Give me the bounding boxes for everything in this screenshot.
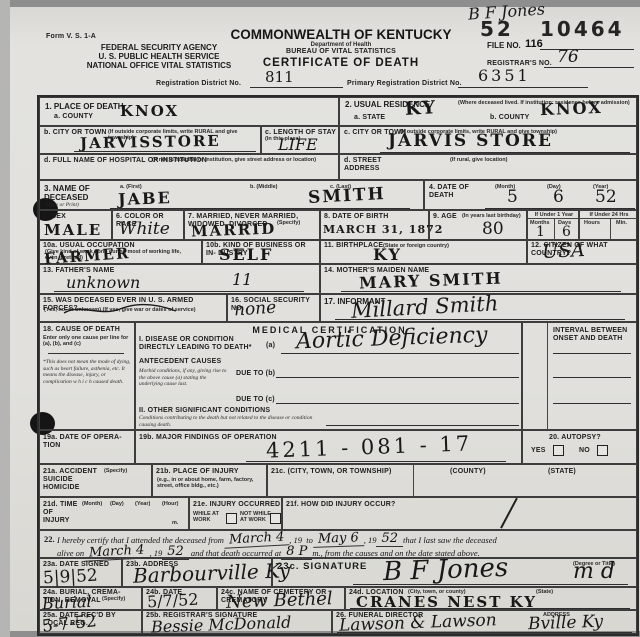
field-armed-forces: 15. WAS DECEASED EVER IN U. S. ARMED FOR… [39, 294, 227, 322]
place-county-label: a. COUNTY [54, 113, 93, 121]
field-major-findings: 19b. MAJOR FINDINGS OF OPERATION 4211 - … [135, 430, 522, 464]
scan-left-edge [0, 0, 10, 637]
sidebar-divider [48, 353, 124, 354]
interval-line-a [553, 353, 631, 354]
name-first-value: JABE [118, 188, 172, 209]
field-autopsy: 20. AUTOPSY? YES NO [522, 430, 637, 464]
name-note: (Type or Print) [46, 202, 79, 209]
field-how-injury-occurred: 21f. HOW DID INJURY OCCUR? [282, 497, 637, 530]
field-injury-occurred: 21e. INJURY OCCURRED WHILE AT WORK NOT W… [189, 497, 282, 530]
funeral-director-line [337, 632, 632, 633]
sex-value: MALE [44, 221, 102, 239]
field-cause-of-death-sidebar: 18. CAUSE OF DEATH Enter only one cause … [39, 322, 135, 430]
burial-location-state-note: (State) [536, 589, 553, 595]
interval-line-c [553, 403, 631, 404]
stamp-number-right: 10464 [540, 17, 625, 41]
hospital-note: (If not in hospital or institution, give… [152, 157, 334, 163]
file-no-line [540, 49, 634, 50]
hours-min-divider [610, 219, 611, 241]
registrar-no-line [544, 67, 634, 68]
autopsy-label: 20. AUTOPSY? [549, 434, 601, 442]
field-fathers-name: 13. FATHER'S NAME unknown 11 [39, 264, 320, 294]
injury-county-label: (COUNTY) [450, 468, 486, 476]
marital-value: MARRID [191, 220, 277, 241]
field-length-of-stay: c. LENGTH OF STAY (In this place) LIFE [261, 126, 339, 154]
antecedent-causes-label: ANTECEDENT CAUSES [139, 358, 221, 366]
primary-district-label2: Primary Registration District No. [347, 80, 462, 88]
length-of-stay-value: LIFE [278, 135, 318, 154]
autopsy-no-checkbox [597, 445, 608, 456]
days-value: 6 [562, 224, 571, 240]
age-value: 80 [482, 219, 504, 239]
morbid-conditions-note: Morbid conditions, if any, giving rise t… [139, 368, 231, 388]
registrar-signature-value: Bessie McDonald [151, 613, 292, 637]
residence-state-label: a. STATE [354, 114, 385, 122]
field-registrar-signature: 25b. REGISTRAR'S SIGNATURE Bessie McDona… [142, 610, 332, 634]
months-value: 1 [536, 224, 545, 240]
sex-label: 5. SEX [43, 213, 66, 221]
while-at-work-label: WHILE AT WORK [193, 511, 227, 523]
title-block: COMMONWEALTH OF KENTUCKY Department of H… [212, 27, 470, 69]
cause-of-death-instruction: Enter only one cause per line for (a), (… [43, 335, 129, 347]
name-line [110, 208, 410, 209]
name-middle-label: b. (Middle) [250, 184, 278, 190]
file-no-label: FILE NO. [487, 41, 521, 50]
major-findings-value: 4211 - 081 - 17 [266, 431, 473, 462]
dob-label: 8. DATE OF BIRTH [324, 213, 389, 221]
interval-label: INTERVAL BETWEEN ONSET AND DEATH [553, 327, 633, 343]
date-of-operation-label: 19a. DATE OF OPERA- TION [43, 434, 131, 450]
place-of-injury-note: (e.g., in or about home, farm, factory, … [157, 477, 263, 489]
field-date-of-birth: 8. DATE OF BIRTH MARCH 31, 1872 [320, 210, 429, 240]
accident-label: 21a. ACCIDENT SUICIDE HOMICIDE [43, 468, 103, 492]
due-to-c-line [276, 403, 519, 404]
cause-of-death-title: 18. CAUSE OF DEATH [43, 326, 120, 334]
birthplace-value: KY [373, 245, 402, 264]
field-under-1-year: If Under 1 Year Months Days 1 6 [527, 210, 579, 240]
field-funeral-director: 26. FUNERAL DIRECTOR ADDRESS Lawson & La… [332, 610, 637, 634]
certify-text-1c: , 19 [364, 535, 377, 545]
field-residence-city: c. CITY OR TOWN (If outside corporate li… [339, 126, 637, 154]
fathers-name-value: unknown [66, 273, 140, 292]
armed-forces-scrawl [60, 301, 180, 319]
certificate-of-death-title: CERTIFICATE OF DEATH [212, 57, 470, 69]
months-days-divider [554, 219, 555, 241]
registrar-no-value: 76 [557, 47, 579, 67]
field-physician-address: 23b. ADDRESS Barbourville Ky [122, 558, 272, 587]
toi-year-label: (Year) [135, 501, 150, 507]
field-date-of-operation: 19a. DATE OF OPERA- TION [39, 430, 135, 464]
field-injury-location: 21c. (CITY, TOWN, OR TOWNSHIP) (COUNTY) … [267, 464, 637, 497]
funeral-director-address-value: Bville Ky [528, 612, 604, 635]
place-county-value: KNOX [120, 102, 179, 120]
while-at-work-checkbox [226, 513, 237, 524]
field-burial-date: 24b. DATE 5/7/52 [142, 587, 217, 610]
burial-location-line [350, 608, 630, 609]
autopsy-yes-checkbox [553, 445, 564, 456]
other-conditions-label: II. OTHER SIGNIFICANT CONDITIONS [139, 407, 270, 415]
field-date-of-death: 4. DATE OF DEATH (Month) (Day) (Year) 5 … [424, 180, 637, 210]
place-of-death-title: 1. PLACE OF DEATH [45, 102, 124, 111]
field-interval-column: INTERVAL BETWEEN ONSET AND DEATH [522, 322, 637, 430]
field-ssn: 16. SOCIAL SECURITY NO. none [227, 294, 320, 322]
signature-value: B F Jones [383, 553, 509, 587]
injury-city-label: 21c. (CITY, TOWN, OR TOWNSHIP) [271, 468, 391, 476]
autopsy-no-label: NO [579, 447, 590, 455]
toi-day-label: (Day) [110, 501, 124, 507]
field-place-city: b. CITY OR TOWN (If outside corporate li… [39, 126, 261, 154]
form-number: Form V. S. 1-A [46, 33, 96, 41]
toi-month-label: (Month) [82, 501, 102, 507]
age-label: 9. AGE [433, 213, 457, 221]
field-birthplace: 11. BIRTHPLACE (State or foreign country… [320, 240, 527, 264]
street-address-label: d. STREET ADDRESS [344, 157, 404, 173]
certify-text-2b: , 19 [150, 548, 163, 558]
under24-header: If Under 24 Hrs [580, 212, 638, 219]
place-of-injury-label: 21b. PLACE OF INJURY [156, 468, 264, 476]
name-last-value: SMITH [308, 184, 387, 208]
field-place-of-death: 1. PLACE OF DEATH a. COUNTY KNOX [39, 97, 339, 126]
registration-district-line [250, 87, 343, 88]
race-value: White [119, 219, 170, 239]
due-to-c-label: DUE TO (c) [236, 396, 275, 404]
stamp-number-left: 52 [480, 17, 514, 41]
under1-header: If Under 1 Year [528, 212, 580, 219]
interval-line-b [553, 377, 631, 378]
field-marital-status: 7. MARRIED, NEVER MARRIED, WIDOWED, DIVO… [184, 210, 320, 240]
field-industry: 10b. KIND OF BUSINESS OR IN- DUSTRY SELF [202, 240, 320, 264]
field-cemetery: 24c. NAME OF CEMETERY OR CREMATORY New B… [217, 587, 345, 610]
certify-no: 22. [44, 534, 55, 544]
commonwealth-title: COMMONWEALTH OF KENTUCKY [212, 27, 470, 42]
bureau-vital-statistics: BUREAU OF VITAL STATISTICS [212, 48, 470, 56]
registration-district-value: 811 [265, 68, 294, 86]
dod-month-value: 5 [507, 187, 518, 207]
dod-day-value: 6 [553, 187, 564, 207]
burial-note: (Specify) [102, 596, 125, 602]
how-injury-label: 21f. HOW DID INJURY OCCUR? [286, 501, 395, 509]
field-burial-location: 24d. LOCATION (City, town, or county) (S… [345, 587, 637, 610]
field-usual-residence: 2. USUAL RESIDENCE (Where deceased lived… [339, 97, 637, 126]
field-sex: 5. SEX MALE [39, 210, 112, 240]
autopsy-yes-label: YES [531, 447, 546, 455]
field-age: 9. AGE (In years last birthday) 80 [429, 210, 527, 240]
dod-line [485, 208, 635, 209]
accident-note: (Specify) [104, 468, 127, 474]
informant-line [335, 319, 625, 320]
field-medical-certification: MEDICAL CERTIFICATION I. DISEASE OR COND… [135, 322, 522, 430]
certify-text-1d: that I last saw the deceased [403, 535, 497, 545]
field-accident-suicide-homicide: 21a. ACCIDENT SUICIDE HOMICIDE (Specify) [39, 464, 152, 497]
burial-date-value: 5/7/52 [147, 590, 199, 612]
registration-district-label: Registration District No. [156, 80, 241, 88]
date-of-death-title: 4. DATE OF DEATH [429, 184, 469, 200]
fathers-name-line [54, 291, 304, 292]
field-citizenship: 12. CITIZEN OF WHAT COUNTRY? USA [527, 240, 637, 264]
field-under-24-hrs: If Under 24 Hrs Hours Min. [579, 210, 637, 240]
field-name-of-deceased: 3. NAME OF DECEASED (Type or Print) a. (… [39, 180, 424, 210]
due-to-b-label: DUE TO (b) [236, 370, 275, 378]
interval-divider [547, 323, 548, 431]
field-signature: 23c. SIGNATURE (Degree or Title) B F Jon… [272, 558, 637, 587]
injury-slash-mark [500, 498, 517, 529]
residence-county-label: b. COUNTY [490, 114, 530, 122]
dob-value: MARCH 31, 1872 [323, 223, 443, 236]
field-time-of-injury: 21d. TIME OF INJURY (Month) (Day) (Year)… [39, 497, 189, 530]
disease-condition-label: I. DISEASE OR CONDITION DIRECTLY LEADING… [139, 336, 259, 352]
field-informant: 17. INFORMANT Millard Smith [320, 294, 637, 322]
date-received-value: 5-7-52 [41, 611, 98, 637]
not-while-at-work-label: NOT WHILE AT WORK [240, 511, 274, 523]
cause-a-value: Aortic Deficiency [296, 323, 488, 355]
fathers-name-ditto: 11 [232, 270, 252, 289]
residence-state-value: KY [404, 97, 437, 120]
hours-label: Hours [584, 220, 600, 226]
other-conditions-line [326, 425, 519, 426]
citizenship-value: USA [541, 239, 585, 263]
street-address-note: (If rural, give location) [450, 157, 507, 163]
mothers-name-value: MARY SMITH [359, 268, 503, 292]
signature-line [353, 584, 628, 585]
due-to-b-line [276, 377, 519, 378]
min-label: Min. [616, 220, 627, 226]
signature-degree-value: m d [573, 559, 615, 584]
residence-city-value: JARVIS STORE [388, 131, 553, 151]
cause-of-death-footnote: *This does not mean the mode of dying, s… [43, 359, 131, 385]
time-of-injury-label: 21d. TIME OF INJURY [43, 501, 79, 525]
major-findings-line [246, 461, 506, 462]
primary-district-line [458, 87, 588, 88]
field-certification-statement: 22. I hereby certify that I attended the… [39, 530, 637, 558]
field-mothers-name: 14. MOTHER'S MAIDEN NAME MARY SMITH [320, 264, 637, 294]
residence-city-line [380, 152, 630, 153]
field-place-of-injury: 21b. PLACE OF INJURY (e.g., in or about … [152, 464, 267, 497]
field-occupation: 10a. USUAL OCCUPATION (Give kind of work… [39, 240, 202, 264]
name-title: 3. NAME OF DECEASED [44, 184, 114, 202]
industry-value: SELF [219, 245, 273, 264]
date-signed-value: 5|9|52 [43, 566, 99, 589]
field-color-race: 6. COLOR OR RACE White [112, 210, 184, 240]
not-while-at-work-checkbox [270, 513, 281, 524]
ssn-value: none [233, 298, 276, 321]
primary-district-value: 6351 [478, 66, 531, 85]
certify-text-2c: and that death occurred at [191, 548, 281, 558]
injury-location-divider [413, 465, 414, 498]
toi-hour-label: (Hour) [162, 501, 179, 507]
field-burial: 24a. BURIAL, CREMA- TION, REMOVAL (Speci… [39, 587, 142, 610]
injury-state-label: (STATE) [548, 468, 576, 476]
major-findings-label: 19b. MAJOR FINDINGS OF OPERATION [139, 434, 277, 442]
marital-note: (Specify) [277, 220, 300, 226]
toi-m-label: m. [172, 520, 178, 526]
injury-occurred-label: 21e. INJURY OCCURRED [193, 501, 280, 509]
certify-text-2a: alive on [57, 548, 84, 558]
physician-address-value: Barbourville Ky [133, 558, 291, 587]
field-street-address: d. STREET ADDRESS (If rural, give locati… [339, 154, 637, 180]
other-conditions-note: Conditions contributing to the death but… [139, 415, 319, 428]
dod-year-value: 52 [595, 187, 617, 207]
residence-county-value: KNOX [540, 98, 603, 119]
certificate-form: 1. PLACE OF DEATH a. COUNTY KNOX b. CITY… [37, 95, 639, 636]
cause-a-line [281, 353, 519, 354]
place-city-value: JARVISSTORE [80, 132, 221, 152]
field-date-signed: 23a. DATE SIGNED 5|9|52 [39, 558, 122, 587]
place-city-line [74, 151, 256, 152]
field-date-received: 25a. DATE REC'D BY LOCAL REG. 5-7-52 [39, 610, 142, 634]
cause-a-label: (a) [266, 342, 275, 350]
field-hospital-name: d. FULL NAME OF HOSPITAL OR INSTITUTION … [39, 154, 339, 180]
signature-label: 23c. SIGNATURE [277, 561, 367, 572]
